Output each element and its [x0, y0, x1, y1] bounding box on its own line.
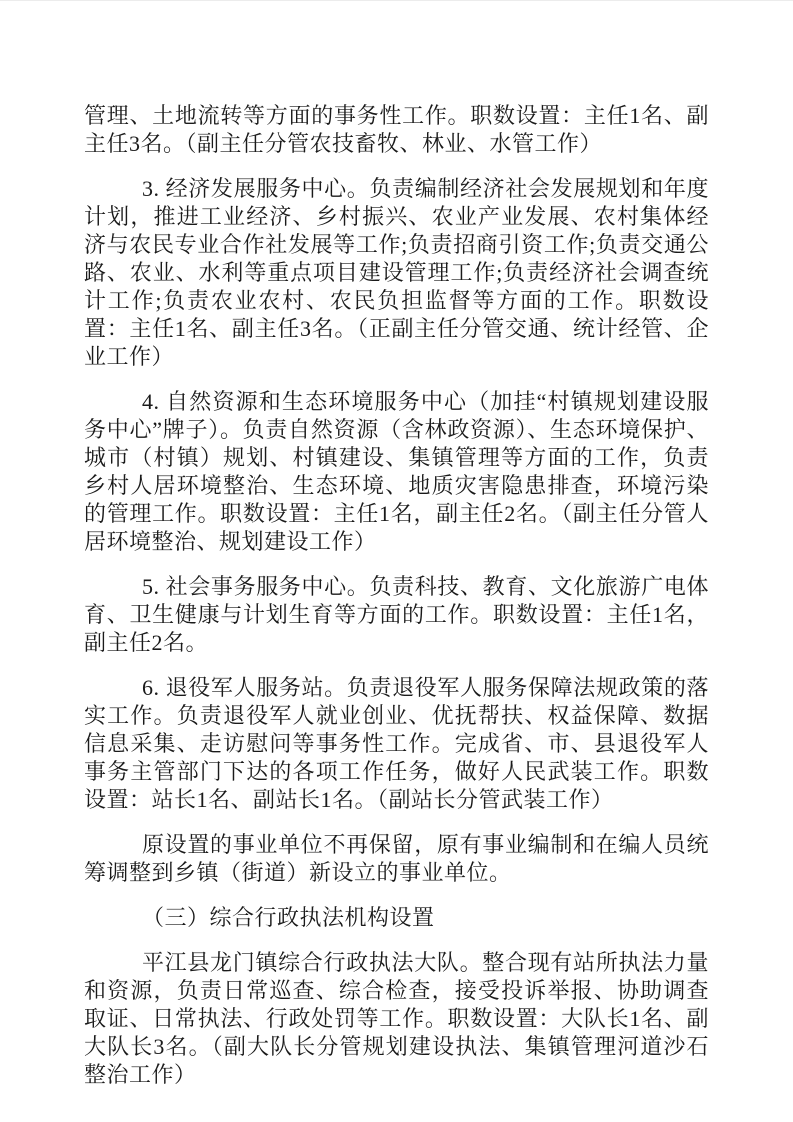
paragraph-institution-adjustment-note: 原设置的事业单位不再保留，原有事业编制和在编人员统筹调整到乡镇（街道）新设立的事… — [84, 831, 709, 887]
paragraph-social-affairs-service-center: 5. 社会事务服务中心。负责科技、教育、文化旅游广电体育、卫生健康与计划生育等方… — [84, 573, 709, 657]
section-heading-comprehensive-law-enforcement: （三）综合行政执法机构设置 — [84, 904, 709, 932]
document-page: 管理、土地流转等方面的事务性工作。职数设置：主任1名、副主任3名。（副主任分管农… — [0, 0, 793, 1122]
paragraph-economic-development-service-center: 3. 经济发展服务中心。负责编制经济社会发展规划和年度计划，推进工业经济、乡村振… — [84, 175, 709, 371]
paragraph-continued-overflow: 管理、土地流转等方面的事务性工作。职数设置：主任1名、副主任3名。（副主任分管农… — [84, 102, 709, 158]
document-body: 管理、土地流转等方面的事务性工作。职数设置：主任1名、副主任3名。（副主任分管农… — [0, 1, 793, 1089]
paragraph-law-enforcement-brigade: 平江县龙门镇综合行政执法大队。整合现有站所执法力量和资源，负责日常巡查、综合检查… — [84, 949, 709, 1089]
paragraph-natural-resources-environment-service-center: 4. 自然资源和生态环境服务中心（加挂“村镇规划建设服务中心”牌子）。负责自然资… — [84, 388, 709, 556]
paragraph-veterans-service-station: 6. 退役军人服务站。负责退役军人服务保障法规政策的落实工作。负责退役军人就业创… — [84, 674, 709, 814]
